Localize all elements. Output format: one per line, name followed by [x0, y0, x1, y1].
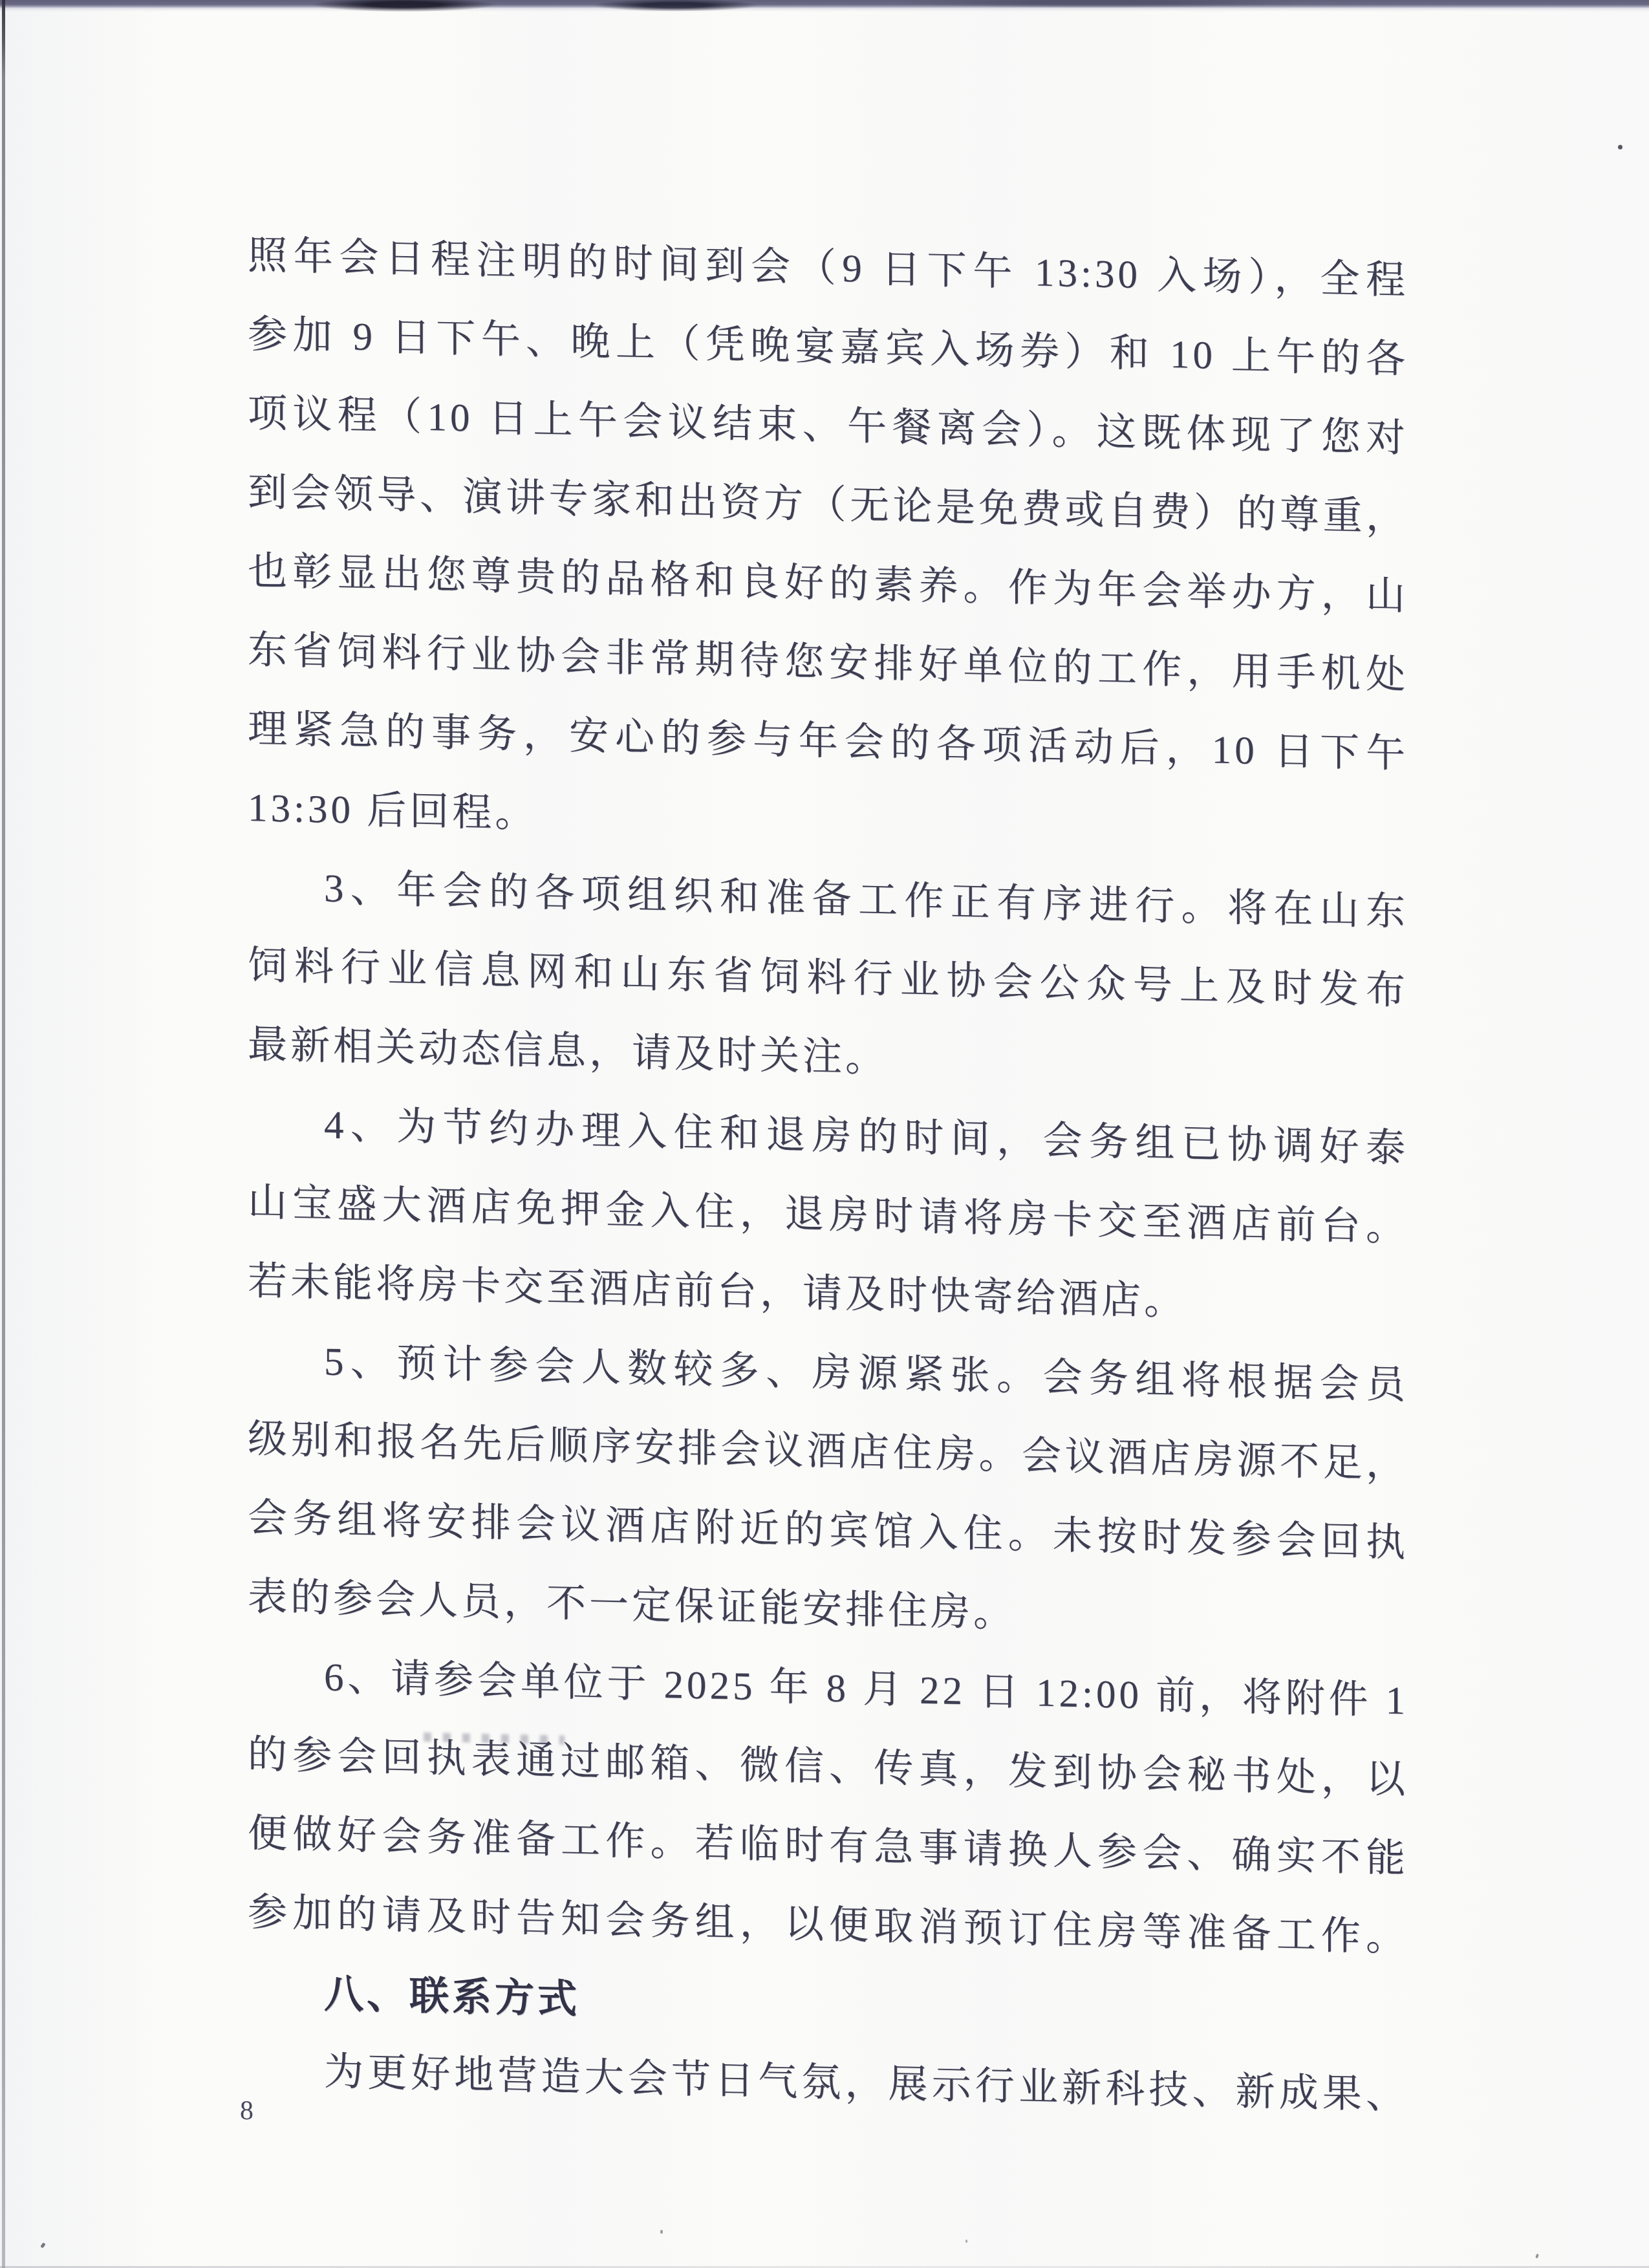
scan-speck [660, 2230, 663, 2234]
scan-speck [40, 2242, 46, 2248]
page-scan: { "document": { "page_number": "8", "lin… [0, 0, 1649, 2268]
scanner-edge-top [0, 0, 1649, 18]
page-number: 8 [240, 2071, 253, 2150]
scan-speck [1535, 2254, 1539, 2259]
scanner-edge-left [2, 0, 5, 2268]
document-body: 照年会日程注明的时间到会（9 日下午 13:30 入场），全程 参加 9 日下午… [248, 217, 1408, 2135]
scan-speck [1618, 145, 1622, 149]
scan-speck [965, 2240, 967, 2243]
